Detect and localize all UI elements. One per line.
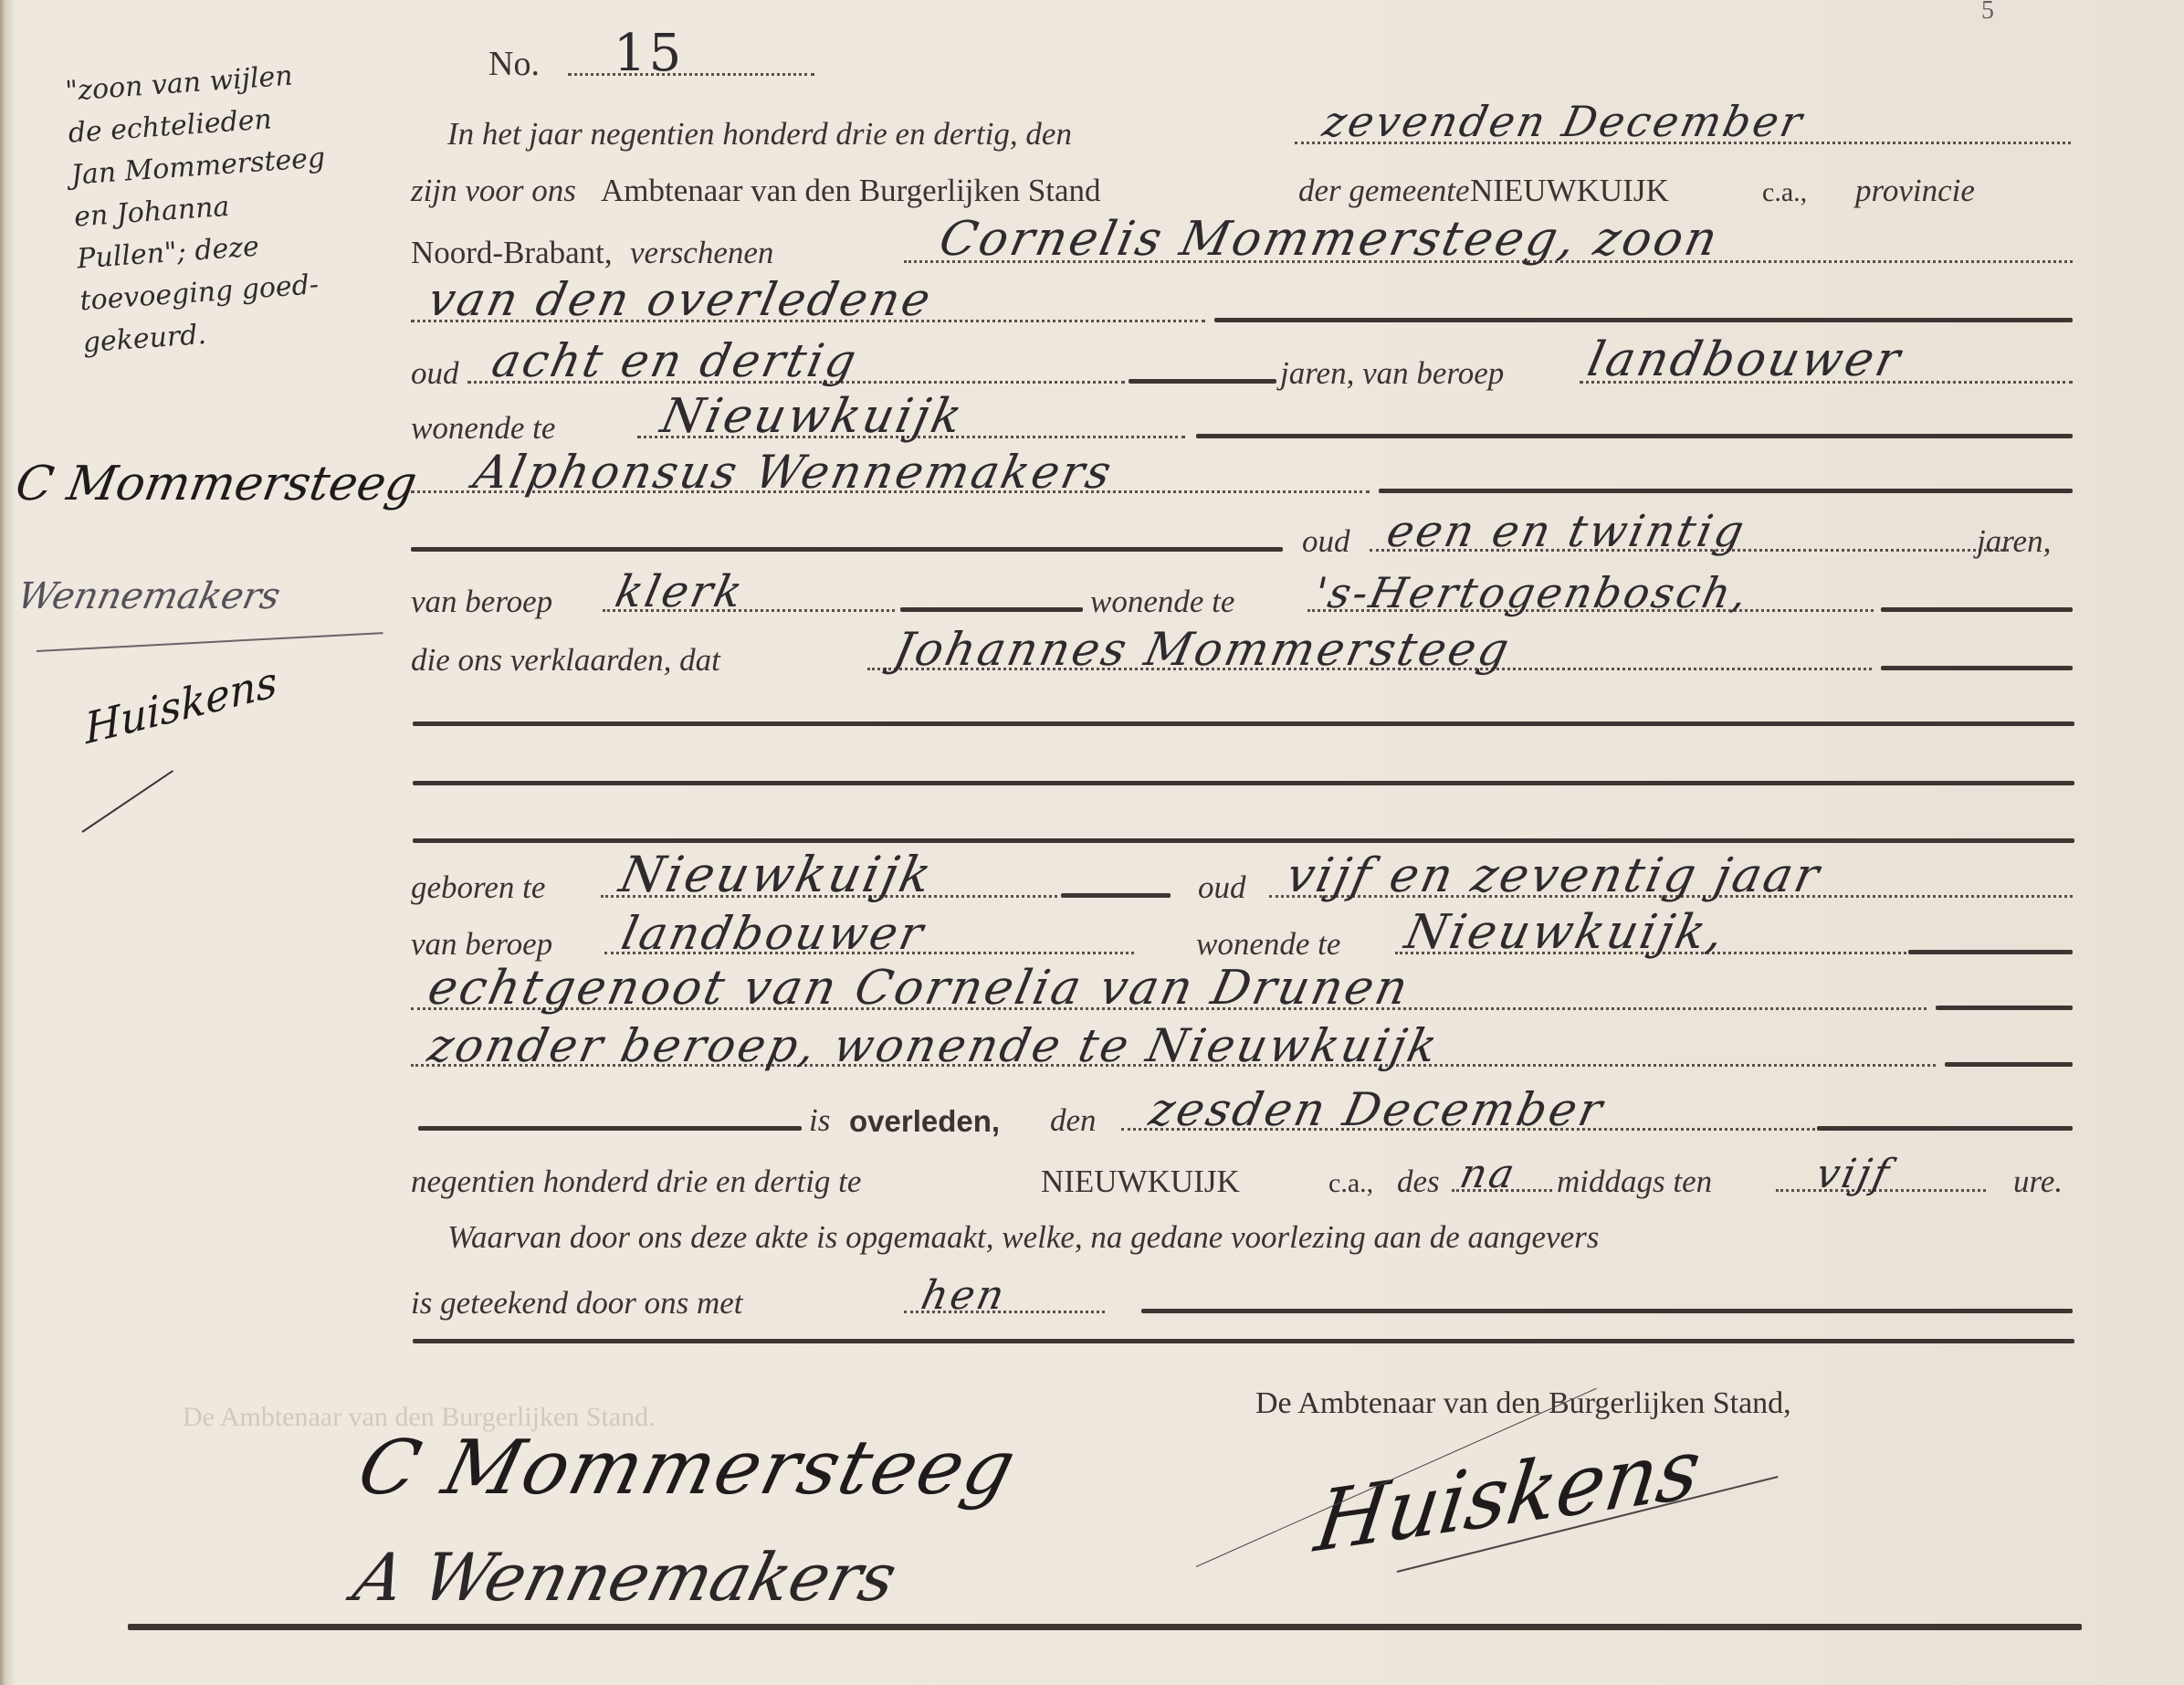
registrar-caption: De Ambtenaar van den Burgerlijken Stand, (1255, 1388, 1791, 1419)
line16-printed-ure: ure. (2013, 1165, 2063, 1197)
line13-rule (1936, 1006, 2073, 1010)
line2-printed-c: der gemeente (1298, 174, 1470, 206)
form-line-18: is geteekend door ons met hen (411, 1269, 2077, 1324)
line15-printed-is: is (809, 1104, 830, 1136)
document-page: 5 "zoon van wijlen de echtelieden Jan Mo… (0, 0, 2184, 1685)
form-line-17: Waarvan door ons deze akte is opgemaakt,… (411, 1204, 2077, 1258)
line2-printed-b: Ambtenaar van den Burgerlijken Stand (601, 174, 1101, 206)
line17-printed: Waarvan door ons deze akte is opgemaakt,… (447, 1221, 1599, 1253)
form-line-1: In het jaar negentien honderd drie en de… (411, 100, 2077, 155)
line2-printed-ca: c.a., (1762, 179, 1807, 206)
line12-hand-occupation: landbouwer (617, 907, 930, 960)
form-line-14: zonder beroep, wonende te Nieuwkuijk (411, 1023, 2077, 1078)
line13-hand: echtgenoot van Cornelia van Drunen (424, 961, 1415, 1016)
line8-printed-oud: oud (1302, 525, 1350, 557)
record-number-row: No. 15 (411, 32, 2077, 87)
line11-hand-birthplace: Nieuwkuijk (614, 846, 939, 903)
line9-printed-beroep: van beroep (411, 585, 552, 617)
blank-line-4 (413, 1339, 2074, 1343)
margin-flourish (81, 770, 173, 833)
line16-hand-hour: vijf (1812, 1151, 1896, 1197)
line5-printed-oud: oud (411, 357, 459, 389)
line16-municipality: NIEUWKUIJK (1041, 1165, 1240, 1197)
line15-printed-den: den (1050, 1104, 1097, 1136)
form-line-15: is overleden, den zesden December (411, 1087, 2077, 1142)
line2-printed-provincie: provincie (1855, 174, 1975, 206)
form-line-3: Noord-Brabant, verschenen Cornelis Momme… (411, 219, 2077, 274)
line3-province: Noord-Brabant, (411, 237, 613, 269)
form-line-4: van den overledene (411, 279, 2077, 333)
record-number-label: No. (488, 47, 540, 81)
line12-printed-beroep: van beroep (411, 928, 552, 960)
line9-printed-wonende: wonende te (1090, 585, 1234, 617)
line5-hand-occupation: landbouwer (1583, 332, 1907, 387)
line10-printed: die ons verklaarden, dat (411, 644, 720, 676)
blank-line-3 (413, 838, 2074, 843)
line14-hand: zonder beroep, wonende te Nieuwkuijk (424, 1019, 1444, 1072)
form-line-7: Alphonsus Wennemakers (411, 449, 2077, 504)
margin-underline (37, 632, 383, 652)
line9-rule-2 (1881, 607, 2073, 612)
line2-printed-a: zijn voor ons (411, 174, 576, 206)
line15-printed-overleden: overleden, (849, 1106, 1000, 1136)
signature-registrar: Huiskens (1309, 1419, 1706, 1572)
record-number-value: 15 (614, 24, 684, 83)
line11-printed-geboren: geboren te (411, 871, 545, 903)
form-line-16: negentien honderd drie en dertig te NIEU… (411, 1148, 2077, 1203)
line10-rule (1881, 666, 2073, 670)
line4-rule (1214, 318, 2073, 322)
form-line-19: De Ambtenaar van den Burgerlijken Stand, (411, 1370, 2077, 1425)
line8-hand: een en twintig (1382, 506, 1750, 557)
form-line-6: wonende te Nieuwkuijk (411, 395, 2077, 449)
line8-printed-jaren: jaren, (1977, 525, 2051, 557)
line15-rule-2 (1817, 1126, 2073, 1131)
line10-hand: Johannes Mommersteeg (889, 623, 1517, 676)
line5-rule (1129, 379, 1276, 384)
line15-rule (418, 1126, 802, 1131)
line14-rule (1945, 1062, 2073, 1067)
line15-hand-deathdate: zesden December (1145, 1083, 1610, 1136)
margin-annotation: "zoon van wijlen de echtelieden Jan Momm… (64, 54, 338, 365)
line2-municipality: NIEUWKUIJK (1470, 174, 1669, 206)
signature-declarant-2: A Wennemakers (347, 1539, 905, 1616)
line18-rule (1141, 1309, 2073, 1313)
form-line-2: zijn voor ons Ambtenaar van den Burgerli… (411, 157, 2077, 212)
line18-printed: is geteekend door ons met (411, 1287, 743, 1319)
form-line-11: geboren te Nieuwkuijk oud vijf en zevent… (411, 854, 2077, 909)
line6-rule (1196, 434, 2073, 438)
line16-printed-middags: middags ten (1557, 1165, 1712, 1197)
form-line-10: die ons verklaarden, dat Johannes Mommer… (411, 627, 2077, 681)
form-line-8: oud een en twintig jaren, (411, 508, 2077, 563)
line5-hand-age: acht en dertig (488, 334, 864, 387)
line1-hand: zevenden December (1318, 97, 1809, 146)
line16-printed: negentien honderd drie en dertig te (411, 1165, 861, 1197)
line9-hand-residence: 's-Hertogenbosch, (1309, 568, 1754, 617)
line6-printed: wonende te (411, 412, 555, 444)
line9-hand-occupation: klerk (611, 566, 750, 617)
line16-hand-ampm: na (1456, 1151, 1521, 1197)
margin-signature-wennemakers: Wennemakers (14, 575, 284, 617)
form-line-13: echtgenoot van Cornelia van Drunen (411, 966, 2077, 1021)
form-line-12: van beroep landbouwer wonende te Nieuwku… (411, 911, 2077, 965)
line9-rule (900, 607, 1083, 612)
line11-printed-oud: oud (1198, 871, 1246, 903)
line7-hand: Alphonsus Wennemakers (469, 446, 1118, 499)
signature-declarant-1: C Mommersteeg (350, 1425, 1025, 1511)
blank-line-1 (413, 721, 2074, 726)
corner-mark: 5 (1981, 0, 1994, 26)
form-line-5: oud acht en dertig jaren, van beroep lan… (411, 340, 2077, 395)
line1-printed: In het jaar negentien honderd drie en de… (447, 118, 1072, 150)
form-line-9: van beroep klerk wonende te 's-Hertogenb… (411, 568, 2077, 623)
line6-hand: Nieuwkuijk (656, 389, 970, 444)
line3-hand: Cornelis Mommersteeg, zoon (935, 212, 1725, 267)
line5-printed-beroep: jaren, van beroep (1280, 357, 1504, 389)
blank-line-2 (413, 781, 2074, 785)
line7-rule (1379, 489, 2073, 493)
line8-rule (411, 547, 1283, 552)
line12-printed-wonende: wonende te (1196, 928, 1340, 960)
margin-signature-registrar: Huiskens (83, 656, 278, 753)
line4-hand: van den overledene (424, 273, 938, 326)
line12-rule (1908, 950, 2073, 954)
record-number-dots (568, 73, 814, 76)
margin-signature-mommersteeg: C Mommersteeg (12, 457, 421, 511)
line16-printed-ca: c.a., (1328, 1170, 1373, 1197)
line12-hand-residence: Nieuwkuijk, (1401, 905, 1731, 960)
line3-printed: verschenen (630, 237, 773, 269)
line18-hand: hen (918, 1272, 1012, 1319)
line16-printed-des: des (1397, 1165, 1440, 1197)
line11-hand-age: vijf en zeventig jaar (1282, 848, 1827, 903)
bottom-rule (128, 1624, 2082, 1630)
line11-rule (1061, 893, 1171, 898)
